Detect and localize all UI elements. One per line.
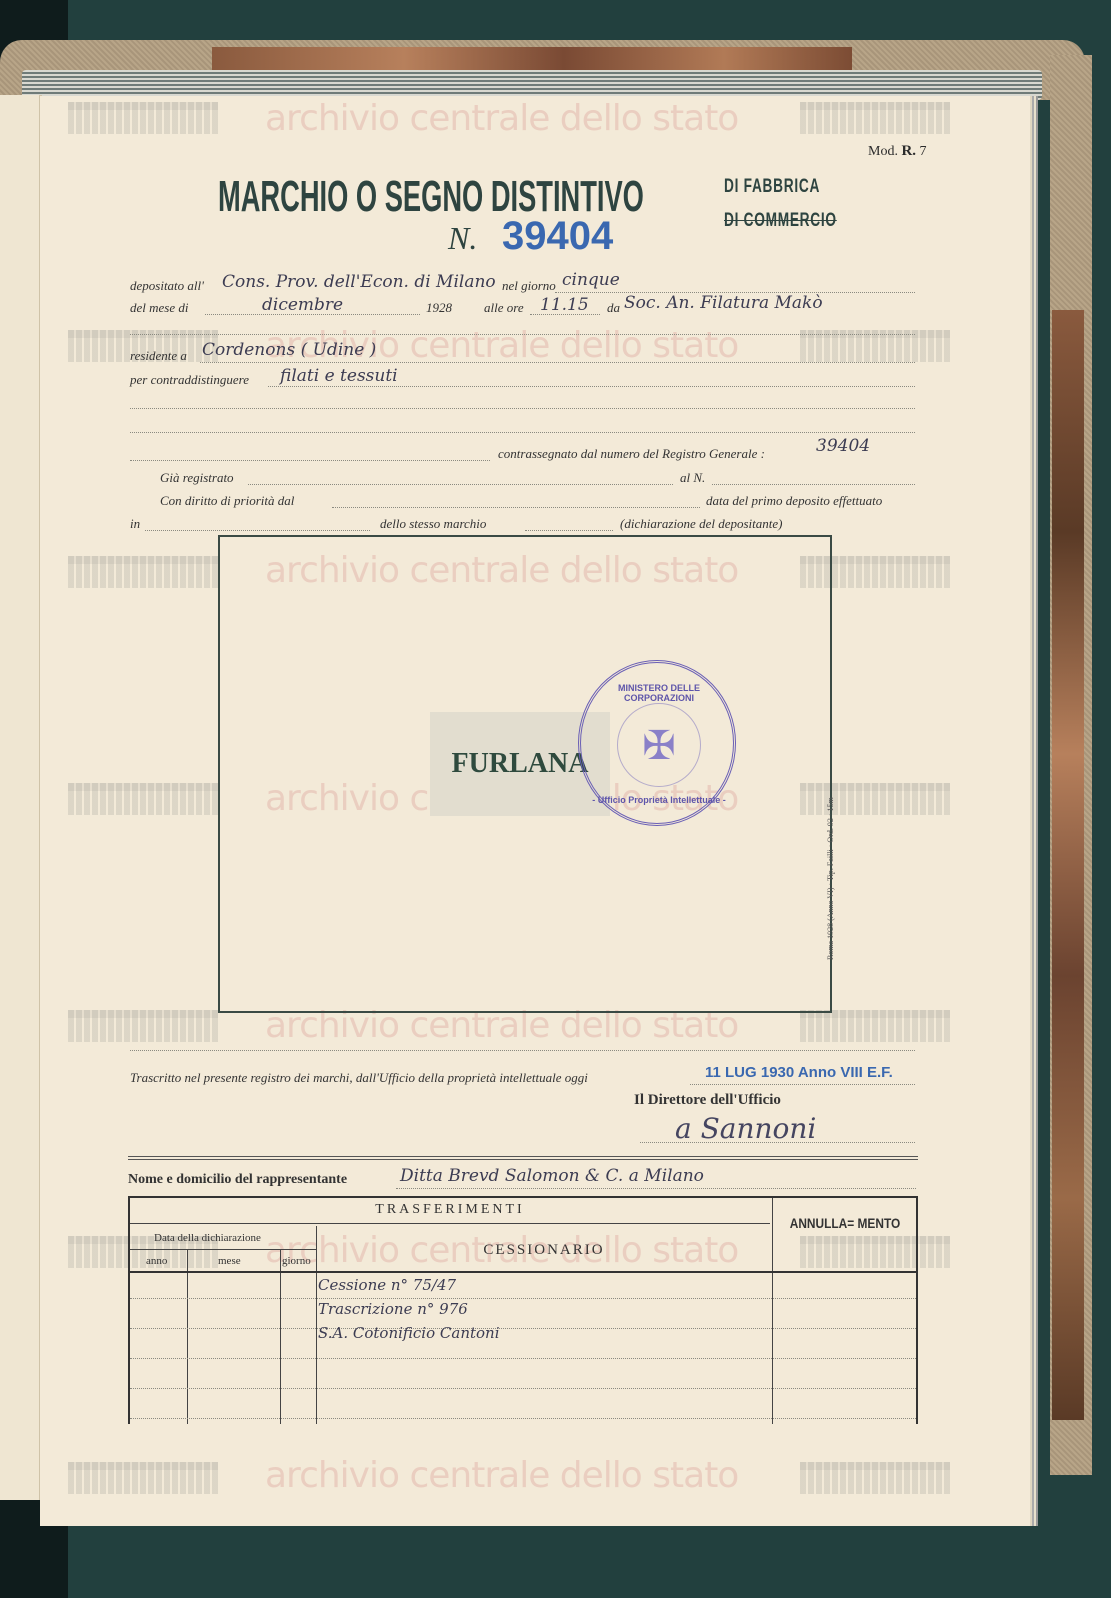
dotted-line: [268, 386, 915, 387]
date-group-header: Data della dichiarazione: [154, 1232, 261, 1244]
form-code: Mod. R. 7: [868, 143, 927, 160]
director-label: Il Direttore dell'Ufficio: [634, 1092, 781, 1109]
type-option-commercio: DI COMMERCIO: [724, 210, 837, 232]
already-registered-label: Già registrato: [160, 470, 234, 486]
declaration-label: (dichiarazione del depositante): [620, 516, 782, 532]
purpose-label: per contraddistinguere: [130, 372, 249, 388]
table-row-rule: [130, 1328, 916, 1329]
table-row-rule: [130, 1298, 916, 1299]
column-header-mese: mese: [218, 1255, 241, 1267]
representative-value: Ditta Brevd Salomon & C. a Milano: [400, 1166, 704, 1186]
residence-value: Cordenons ( Udine ): [202, 340, 376, 360]
dotted-line: [200, 362, 915, 363]
day-value: cinque: [562, 270, 620, 290]
representative-label: Nome e domicilio del rappresentante: [128, 1172, 347, 1188]
transfer-entry: Cessione n° 75/47: [318, 1276, 456, 1294]
hour-label: alle ore: [484, 300, 524, 316]
dotted-line: [396, 1188, 916, 1189]
transfer-entry: S.A. Cotonificio Cantoni: [318, 1324, 500, 1342]
table-column-divider: [772, 1198, 773, 1424]
table-row-rule: [130, 1388, 916, 1389]
dotted-line: [332, 507, 700, 508]
same-mark-label: dello stesso marchio: [380, 516, 486, 532]
dotted-line: [130, 460, 490, 461]
by-label: da: [607, 300, 620, 316]
dotted-line: [690, 1084, 915, 1085]
type-option-fabbrica: DI FABBRICA: [724, 176, 820, 198]
table-header-rule: [130, 1271, 916, 1273]
transcription-date-stamp: 11 LUG 1930 Anno VIII E.F.: [705, 1064, 893, 1081]
number-label: N.: [448, 220, 477, 257]
purpose-value: filati e tessuti: [280, 366, 398, 386]
transcription-label: Trascritto nel presente registro dei mar…: [130, 1070, 588, 1086]
seal-text-top: MINISTERO DELLE CORPORAZIONI: [589, 683, 729, 703]
table-column-divider: [187, 1250, 188, 1424]
month-label: del mese di: [130, 300, 188, 316]
table-column-divider: [280, 1250, 281, 1424]
transfers-title: TRASFERIMENTI: [130, 1202, 770, 1218]
year-value: 1928: [426, 300, 452, 316]
residence-label: residente a: [130, 348, 187, 364]
dotted-line: [130, 432, 915, 433]
at-number-label: al N.: [680, 470, 705, 486]
printer-imprint: Roma 1928 (Anno VI) · Tip. Failli · Ord.…: [826, 797, 835, 960]
hour-value: 11.15: [540, 295, 589, 315]
cancellation-header: ANNULLA= MENTO: [786, 1212, 905, 1234]
month-value: dicembre: [262, 295, 343, 315]
in-label: in: [130, 516, 140, 532]
assignee-header: CESSIONARIO: [316, 1242, 772, 1259]
dotted-line: [712, 484, 915, 485]
day-label: nel giorno: [502, 278, 556, 294]
dotted-line: [130, 1050, 915, 1051]
depositor-value: Soc. An. Filatura Makò: [624, 293, 823, 313]
ministry-seal: MINISTERO DELLE CORPORAZIONI ✠ - Ufficio…: [578, 660, 736, 826]
dotted-line: [640, 1142, 915, 1143]
book-edge-marble: [1052, 310, 1084, 1420]
left-page-margin: [0, 95, 42, 1500]
deposited-at-label: depositato all': [130, 278, 204, 294]
section-divider: [128, 1156, 918, 1160]
priority-label: Con diritto di priorità dal: [160, 493, 294, 509]
director-signature: a Sannoni: [675, 1112, 816, 1145]
general-register-label: contrassegnato dal numero del Registro G…: [498, 446, 765, 462]
table-rule: [130, 1223, 770, 1224]
table-row-rule: [130, 1418, 916, 1419]
dotted-line: [130, 408, 915, 409]
column-header-giorno: giorno: [282, 1255, 311, 1267]
transfers-table: TRASFERIMENTI ANNULLA= MENTO Data della …: [128, 1196, 918, 1424]
transfer-entry: Trascrizione n° 976: [318, 1300, 468, 1318]
column-header-anno: anno: [146, 1255, 167, 1267]
savoy-cross-emblem-icon: ✠: [617, 703, 701, 787]
deposited-at-value: Cons. Prov. dell'Econ. di Milano: [222, 272, 496, 292]
dotted-line: [525, 530, 613, 531]
table-row-rule: [130, 1358, 916, 1359]
dotted-line: [130, 334, 915, 335]
dotted-line: [145, 530, 370, 531]
table-rule: [130, 1249, 316, 1250]
registration-number-stamp: 39404: [502, 214, 613, 259]
first-deposit-label: data del primo deposito effettuato: [706, 493, 882, 509]
seal-text-bottom: - Ufficio Proprietà Intellettuale -: [589, 795, 729, 805]
dotted-line: [248, 484, 673, 485]
general-register-value: 39404: [816, 436, 870, 456]
